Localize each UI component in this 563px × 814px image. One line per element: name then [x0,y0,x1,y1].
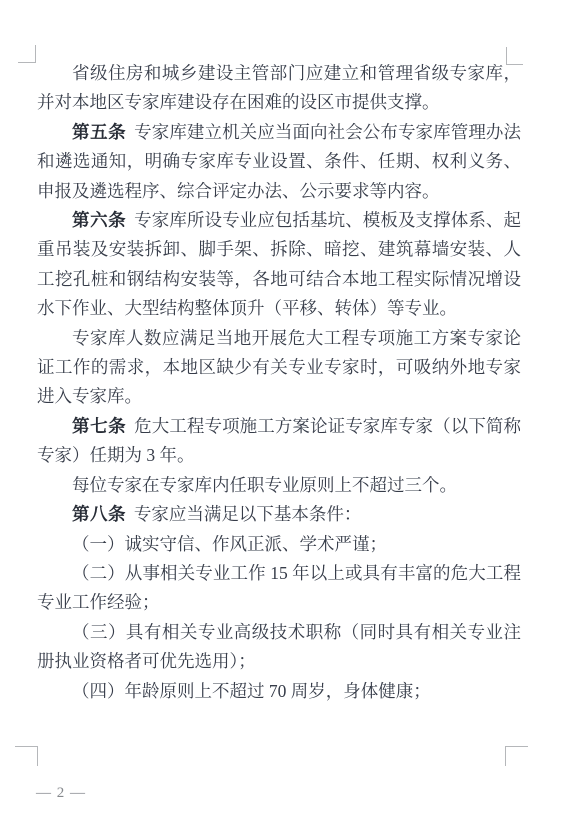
crop-mark-bottom-right [505,746,528,766]
list-item-paragraph: （四）年龄原则上不超过 70 周岁，身体健康； [37,677,521,706]
body-paragraph: 专家库人数应满足当地开展危大工程专项施工方案专家论证工作的需求，本地区缺少有关专… [37,324,521,412]
paragraph-text: 省级住房和城乡建设主管部门应建立和管理省级专家库，并对本地区专家库建设存在困难的… [37,63,521,112]
clause-number: 第五条 [72,122,126,142]
paragraph-text: （二）从事相关专业工作 15 年以上或具有丰富的危大工程专业工作经验； [37,563,521,612]
clause-paragraph: 第六条专家库所设专业应包括基坑、模板及支撑体系、起重吊装及安装拆卸、脚手架、拆除… [37,206,521,324]
clause-number: 第八条 [72,504,126,524]
list-item-paragraph: （三）具有相关专业高级技术职称（同时具有相关专业注册执业资格者可优先选用）； [37,618,521,677]
document-page: { "page": { "background_color": "#ffffff… [0,0,563,814]
page-number: — 2 — [36,785,86,802]
paragraph-text: 专家库人数应满足当地开展危大工程专项施工方案专家论证工作的需求，本地区缺少有关专… [37,328,521,407]
list-item-paragraph: （一）诚实守信、作风正派、学术严谨； [37,530,521,559]
clause-number: 第七条 [72,416,126,436]
paragraph-text: （四）年龄原则上不超过 70 周岁，身体健康； [72,681,431,701]
list-item-paragraph: （二）从事相关专业工作 15 年以上或具有丰富的危大工程专业工作经验； [37,559,521,618]
body-paragraph: 省级住房和城乡建设主管部门应建立和管理省级专家库，并对本地区专家库建设存在困难的… [37,59,521,118]
document-body: 省级住房和城乡建设主管部门应建立和管理省级专家库，并对本地区专家库建设存在困难的… [37,59,521,706]
paragraph-text: 每位专家在专家库内任职专业原则上不超过三个。 [72,475,457,495]
clause-paragraph: 第七条危大工程专项施工方案论证专家库专家（以下简称专家）任期为 3 年。 [37,412,521,471]
clause-number: 第六条 [72,210,126,230]
clause-paragraph: 第八条专家应当满足以下基本条件： [37,500,521,529]
crop-mark-bottom-left [15,746,38,766]
clause-paragraph: 第五条专家库建立机关应当面向社会公布专家库管理办法和遴选通知，明确专家库专业设置… [37,118,521,206]
clause-text: 专家应当满足以下基本条件： [134,504,362,524]
body-paragraph: 每位专家在专家库内任职专业原则上不超过三个。 [37,471,521,500]
paragraph-text: （三）具有相关专业高级技术职称（同时具有相关专业注册执业资格者可优先选用）； [37,622,521,671]
paragraph-text: （一）诚实守信、作风正派、学术严谨； [72,534,387,554]
crop-mark-top-left [18,45,36,63]
